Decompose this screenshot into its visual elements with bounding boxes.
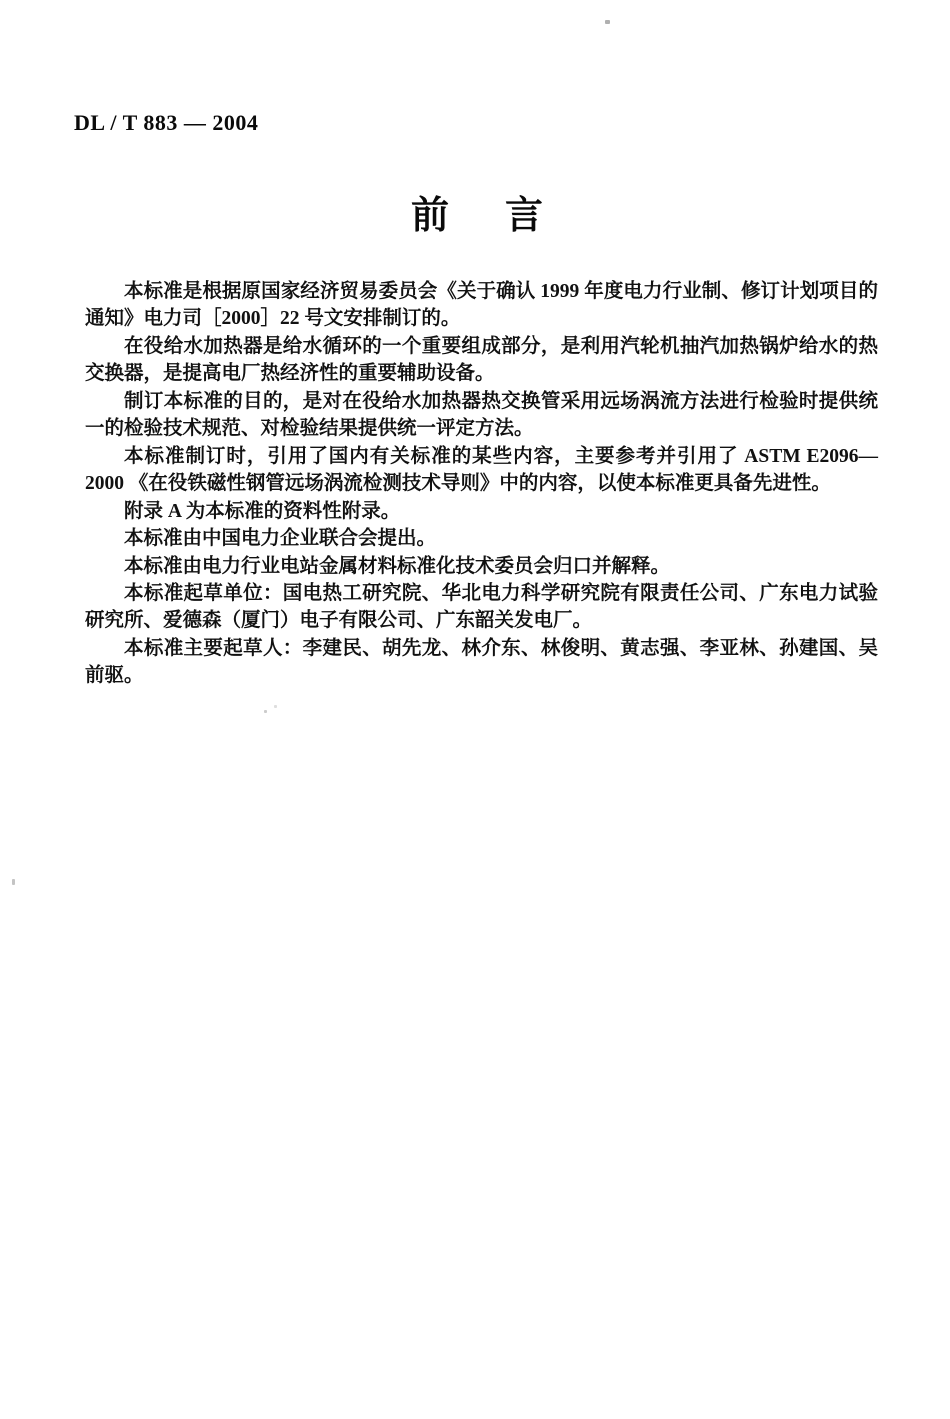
standard-number: DL / T 883 — 2004 [74,110,258,136]
foreword-title: 前 言 [85,194,878,236]
paragraph: 附录 A 为本标准的资料性附录。 [85,498,878,525]
paragraph: 本标准主要起草人：李建民、胡先龙、林介东、林俊明、黄志强、李亚林、孙建国、吴前驱… [85,635,878,690]
paragraph: 在役给水加热器是给水循环的一个重要组成部分，是利用汽轮机抽汽加热锅炉给水的热交换… [85,333,878,388]
scan-speck [12,879,15,885]
paragraph: 本标准是根据原国家经济贸易委员会《关于确认 1999 年度电力行业制、修订计划项… [85,278,878,333]
paragraph: 本标准由中国电力企业联合会提出。 [85,525,878,552]
paragraph: 本标准由电力行业电站金属材料标准化技术委员会归口并解释。 [85,553,878,580]
paragraph: 本标准起草单位：国电热工研究院、华北电力科学研究院有限责任公司、广东电力试验研究… [85,580,878,635]
scan-speck [264,710,267,713]
scan-speck [605,20,610,24]
scan-speck [274,705,277,708]
paragraph: 制订本标准的目的，是对在役给水加热器热交换管采用远场涡流方法进行检验时提供统一的… [85,388,878,443]
foreword-body: 本标准是根据原国家经济贸易委员会《关于确认 1999 年度电力行业制、修订计划项… [85,278,878,690]
paragraph: 本标准制订时，引用了国内有关标准的某些内容，主要参考并引用了 ASTM E209… [85,443,878,498]
document-page: DL / T 883 — 2004 前 言 本标准是根据原国家经济贸易委员会《关… [0,0,950,1419]
